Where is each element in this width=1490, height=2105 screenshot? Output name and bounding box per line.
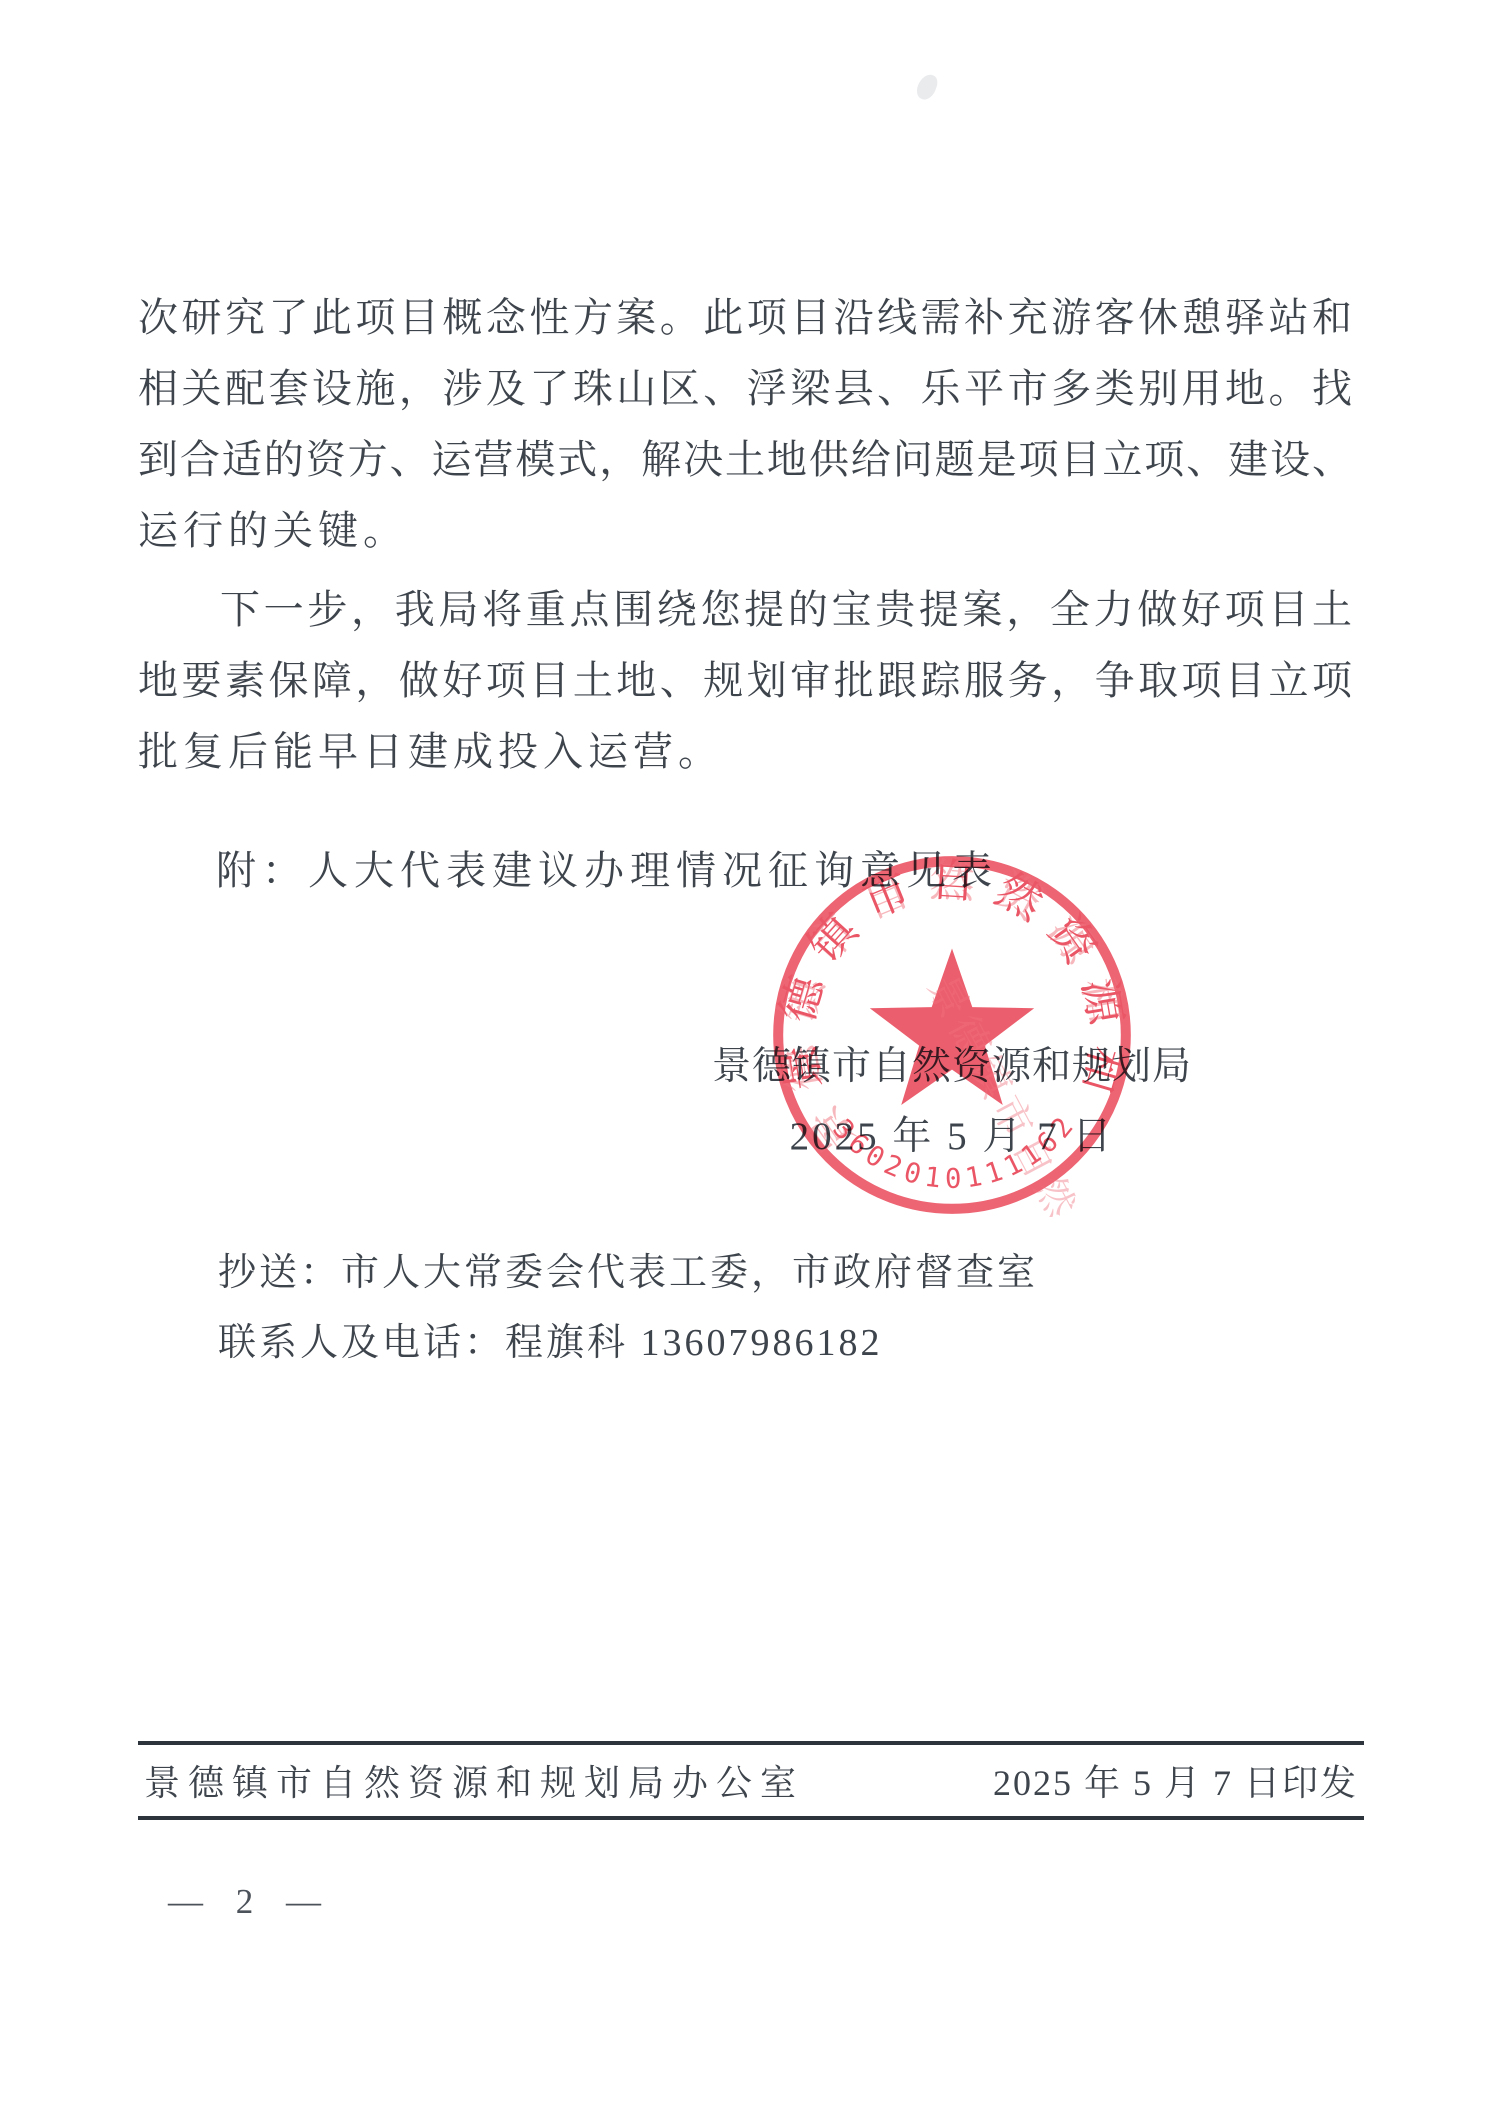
- footer-print-date: 2025 年 5 月 7 日印发: [993, 1755, 1358, 1806]
- body-line: 地要素保障，做好项目土地、规划审批跟踪服务，争取项目立项: [138, 645, 1352, 716]
- cc-line: 抄送：市人大常委会代表工委，市政府督查室: [138, 1238, 1352, 1308]
- official-seal: 景德镇市自然资源和规划局 景德镇市自然资源和规划局 景德镇市自然 3602010…: [770, 853, 1134, 1217]
- page-number: — 2 —: [168, 1882, 333, 1922]
- body-line: 相关配套设施，涉及了珠山区、浮梁县、乐平市多类别用地。找: [138, 353, 1352, 424]
- cc-block: 抄送：市人大常委会代表工委，市政府督查室 联系人及电话：程旗科 13607986…: [138, 1238, 1352, 1378]
- contact-line: 联系人及电话：程旗科 13607986182: [138, 1308, 1352, 1378]
- scan-smudge-artifact: [914, 72, 940, 103]
- letter-body: 次研究了此项目概念性方案。此项目沿线需补充游客休憩驿站和 相关配套设施，涉及了珠…: [138, 282, 1352, 906]
- body-line: 批复后能早日建成投入运营。: [138, 716, 1352, 787]
- attachment-line: 附：人大代表建议办理情况征询意见表: [138, 835, 1352, 906]
- body-line: 下一步，我局将重点围绕您提的宝贵提案，全力做好项目土: [138, 574, 1352, 645]
- body-line: 运行的关键。: [138, 495, 1352, 566]
- document-page: 次研究了此项目概念性方案。此项目沿线需补充游客休憩驿站和 相关配套设施，涉及了珠…: [0, 0, 1490, 2105]
- footer-office: 景德镇市自然资源和规划局办公室: [144, 1755, 804, 1806]
- body-line: 次研究了此项目概念性方案。此项目沿线需补充游客休憩驿站和: [138, 282, 1352, 353]
- seal-graphic: 景德镇市自然资源和规划局 景德镇市自然资源和规划局 景德镇市自然 3602010…: [770, 853, 1134, 1217]
- body-line: 到合适的资方、运营模式，解决土地供给问题是项目立项、建设、: [138, 424, 1352, 495]
- footer-strip: 景德镇市自然资源和规划局办公室 2025 年 5 月 7 日印发: [138, 1741, 1364, 1820]
